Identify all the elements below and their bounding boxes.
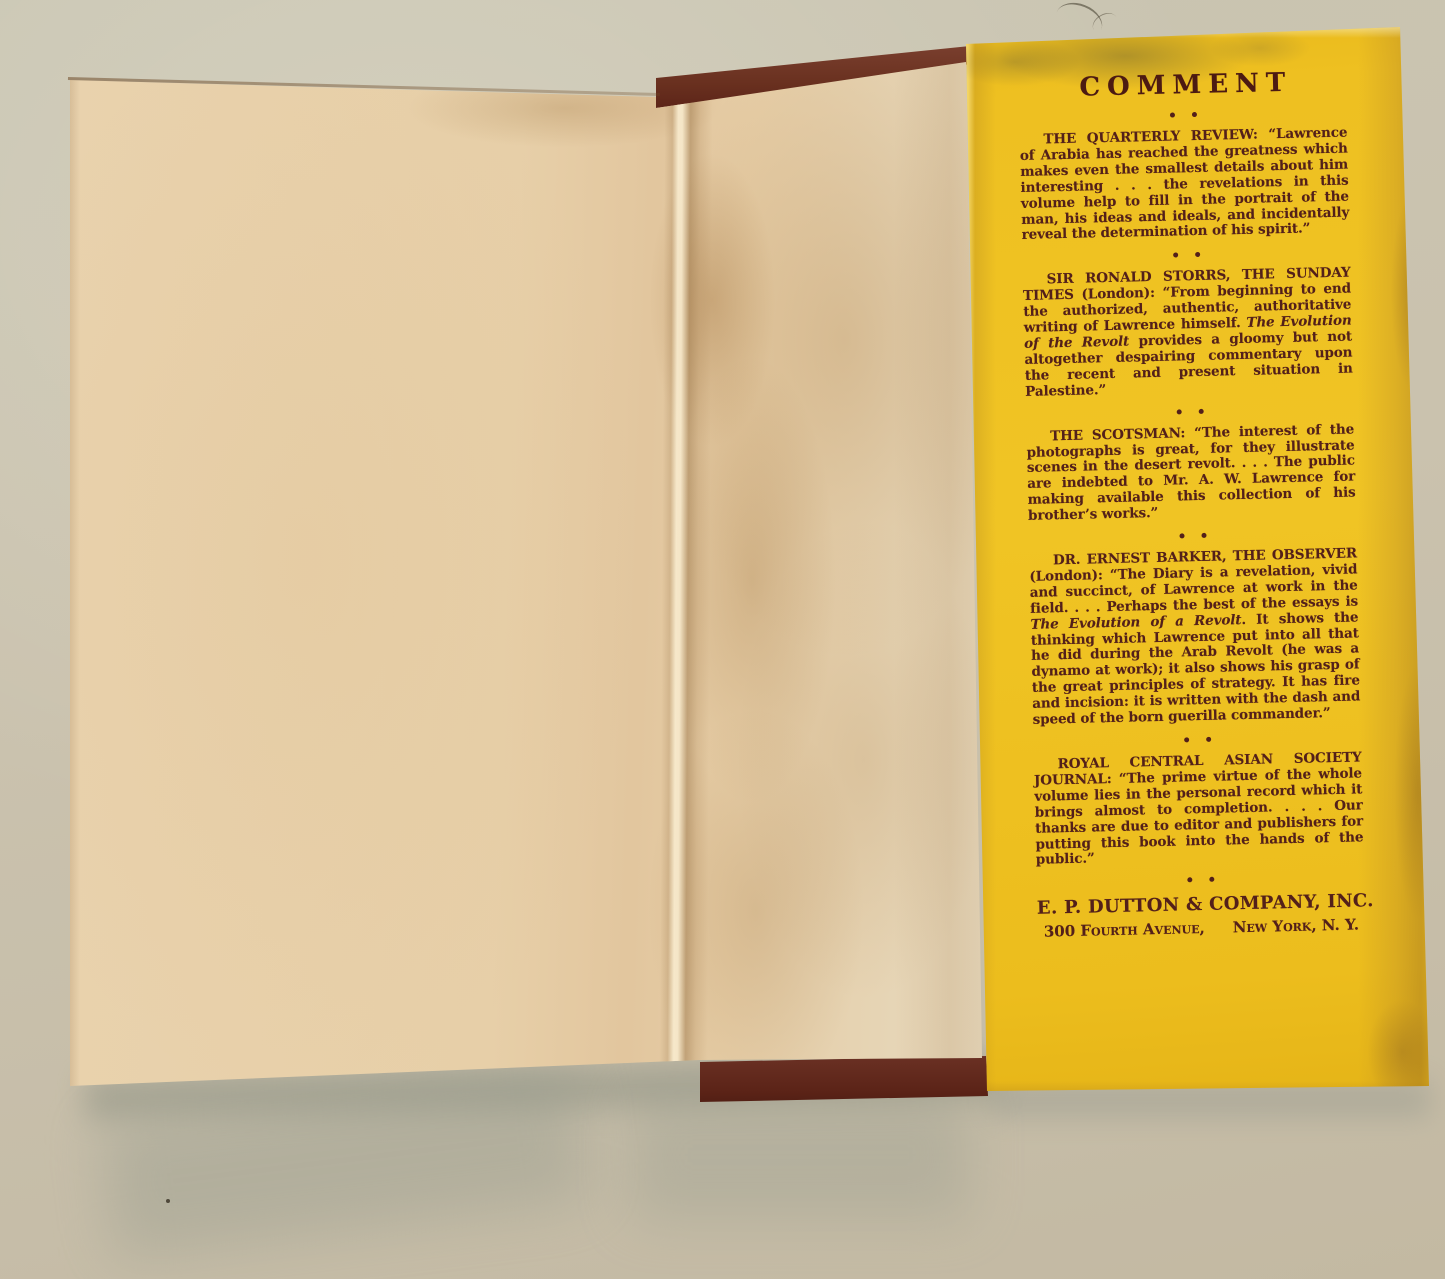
dots-separator [1029, 529, 1357, 541]
flap-title: COMMENT [1018, 67, 1347, 104]
gutter-crease [659, 74, 712, 1078]
page-stains [64, 40, 989, 1100]
separator-dot [1209, 877, 1214, 882]
dots-separator [1026, 405, 1354, 417]
jacket-flap-text: COMMENT THE QUARTERLY REVIEW: “Lawrence … [1018, 67, 1366, 942]
dots-separator [1036, 874, 1364, 886]
separator-dot [1173, 253, 1178, 258]
review-quote: THE SCOTSMAN: “The interest of the photo… [1026, 422, 1356, 525]
left-blank-page [64, 40, 989, 1100]
publisher-city: New York, N. Y. [1233, 916, 1360, 937]
separator-dot [1187, 878, 1192, 883]
book-photo-scene: COMMENT THE QUARTERLY REVIEW: “Lawrence … [0, 0, 1445, 1279]
dust-jacket-flap: COMMENT THE QUARTERLY REVIEW: “Lawrence … [960, 22, 1432, 1097]
separator-dot [1198, 408, 1203, 413]
review-quotes-list: THE QUARTERLY REVIEW: “Lawrence of Arabi… [1019, 109, 1364, 887]
review-quote: ROYAL CENTRAL ASIAN SOCIETY JOURNAL: “Th… [1034, 750, 1364, 869]
separator-dot [1195, 252, 1200, 257]
review-quote: SIR RONALD STORRS, THE SUNDAY TIMES (Lon… [1023, 266, 1354, 401]
dots-separator [1033, 733, 1361, 745]
publisher-street: 300 Fourth Avenue, [1044, 919, 1205, 941]
separator-dot [1176, 409, 1181, 414]
review-quote: DR. ERNEST BARKER, THE OBSERVER (London)… [1029, 546, 1361, 728]
book-cast-shadow-center [630, 1090, 970, 1220]
review-quote: THE QUARTERLY REVIEW: “Lawrence of Arabi… [1019, 126, 1349, 245]
separator-dot [1206, 737, 1211, 742]
publisher-block: E. P. DUTTON & COMPANY, INC. 300 Fourth … [1037, 891, 1366, 941]
separator-dot [1191, 112, 1196, 117]
separator-dot [1179, 533, 1184, 538]
publisher-name: E. P. DUTTON & COMPANY, INC. [1037, 891, 1365, 919]
separator-dot [1184, 737, 1189, 742]
dots-separator [1019, 109, 1347, 121]
separator-dot [1201, 533, 1206, 538]
separator-dot [1169, 112, 1174, 117]
surface-speck [166, 1199, 170, 1203]
dots-separator [1022, 249, 1350, 261]
